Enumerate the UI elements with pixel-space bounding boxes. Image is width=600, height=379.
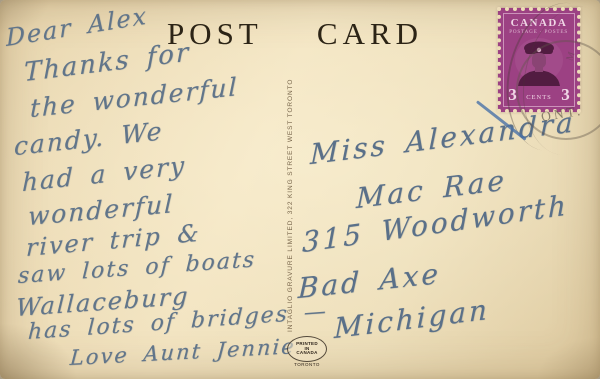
printed-in-canada-oval-icon: PRINTED IN CANADA <box>287 336 327 362</box>
address-line: Michigan <box>334 293 490 345</box>
printer-mark: PRINTED IN CANADA TORONTO <box>286 336 328 366</box>
publisher-imprint: INTAGLIO GRAVURE LIMITED, 322 KING STREE… <box>287 56 294 332</box>
address-line: Bad Axe <box>297 257 441 305</box>
printer-mark-city: TORONTO <box>286 362 328 367</box>
postcard-back: POST CARD Dear Alex Thanks for the wonde… <box>0 0 600 379</box>
printer-mark-line: CANADA <box>296 351 317 356</box>
